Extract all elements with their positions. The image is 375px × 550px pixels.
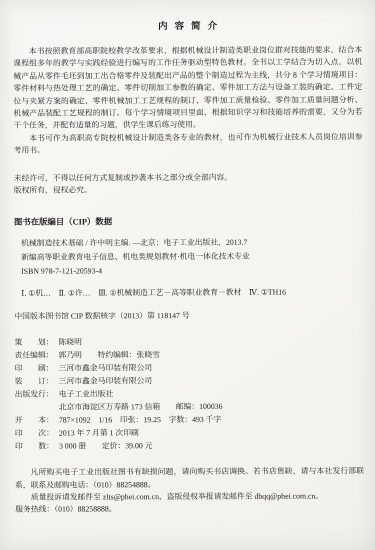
cip-title-line: 机械制造技术基础 / 许中明主编. —北京：电子工业出版社，2013.7 xyxy=(21,236,363,251)
summary-paragraph-1: 本书按照教育部高职院校教学改革要求，根据机械设计制造类职业岗位群对技能的要求，结… xyxy=(13,44,362,132)
pub-row-label xyxy=(15,401,59,414)
pub-row-value: 787×1092 1/16 印张：19.25 字数：493 千字 xyxy=(59,413,364,427)
pub-row-value: 2013 年 7 月第 1 次印刷 xyxy=(59,426,364,440)
service-notes: 凡所购买电子工业出版社图书有缺损问题，请向购买书店调换。若书店售缺，请与本社发行… xyxy=(15,466,364,516)
complaint-emails-note: 质量投诉请发邮件至 zlts@phei.com.cn，盗版侵权举报请发邮件至 d… xyxy=(15,490,364,504)
pub-row-value: 电子工业出版社 xyxy=(59,387,364,401)
pub-row-label: 出版发行： xyxy=(15,388,59,401)
pub-row-value: 郭乃明 特约编辑：张晓雪 xyxy=(59,348,364,362)
pub-row-label: 印 刷： xyxy=(15,362,59,375)
book-colophon-page: 内容简介 本书按照教育部高职院校教学改革要求，根据机械设计制造类职业岗位群对技能… xyxy=(0,0,375,550)
pub-row-value: 北京市海淀区万寿路 173 信箱 邮编：100036 xyxy=(59,400,364,414)
pub-row-label: 策 划： xyxy=(14,336,58,349)
service-hotline: 服务热线：（010）88258888。 xyxy=(15,502,364,516)
summary-paragraph-2: 本书可作为高职高专院校机械设计制造类各专业的教材，也可作为机械行业技术人员岗位培… xyxy=(14,131,363,157)
cip-body: 机械制造技术基础 / 许中明主编. —北京：电子工业出版社，2013.7 新编高… xyxy=(21,236,363,301)
pub-row-label: 责任编辑： xyxy=(15,349,59,362)
publication-info: 策 划： 陈晓明 责任编辑： 郭乃明 特约编辑：张晓雪 印 刷： 三河市鑫金马印… xyxy=(14,335,364,454)
copyright-notice: 未经许可，不得以任何方式复制或抄袭本书之部分或全部内容。 版权所有，侵权必究。 xyxy=(14,171,363,197)
pub-row-value: 三河市鑫金马印装有限公司 xyxy=(59,361,364,375)
cip-series-line: 新编高等职业教育电子信息、机电类规划教材·机电一体化技术专业 xyxy=(21,250,363,265)
cip-isbn: ISBN 978-7-121-20593-4 xyxy=(21,264,363,279)
pub-row-value: 三河市鑫金马印装有限公司 xyxy=(59,374,364,388)
pub-row-copies-price: 印 数： 3 000 册 定价：39.00 元 xyxy=(15,439,364,454)
cip-classification: Ⅰ. ①机… Ⅱ. ①许… Ⅲ. ①机械制造工艺－高等职业教育－教材 Ⅳ. ①T… xyxy=(21,286,363,301)
pub-row-label: 开 本： xyxy=(15,414,59,427)
pub-row-label: 印 数： xyxy=(15,440,59,453)
cip-section: 图书在版编目（CIP）数据 机械制造技术基础 / 许中明主编. —北京：电子工业… xyxy=(14,215,363,325)
content-summary-section: 本书按照教育部高职院校教学改革要求，根据机械设计制造类职业岗位群对技能的要求，结… xyxy=(13,44,362,157)
page-content: 内容简介 本书按照教育部高职院校教学改革要求，根据机械设计制造类职业岗位群对技能… xyxy=(0,0,375,516)
pub-row-label: 装 订： xyxy=(15,375,59,388)
pub-row-value: 3 000 册 定价：39.00 元 xyxy=(59,439,364,453)
pub-row-value: 陈晓明 xyxy=(58,335,363,349)
pub-row-label: 印 次： xyxy=(15,427,59,440)
cip-record-number: 中国版本图书馆 CIP 数据核字（2013）第 118147 号 xyxy=(14,309,363,325)
content-summary-title: 内容简介 xyxy=(13,17,362,33)
exchange-note: 凡所购买电子工业出版社图书有缺损问题，请向购买书店调换。若书店售缺，请与本社发行… xyxy=(15,466,364,492)
cip-heading: 图书在版编目（CIP）数据 xyxy=(14,215,363,229)
copyright-notice-line-2: 版权所有，侵权必究。 xyxy=(14,183,363,197)
